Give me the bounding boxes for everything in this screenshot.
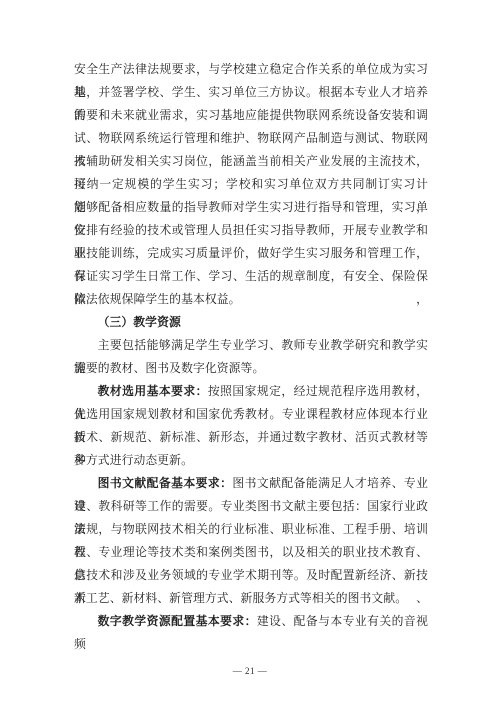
text-line: 新工艺、新材料、新管理方式、新服务方式等相关的图书文献。 xyxy=(74,587,428,610)
text-line-bold: （三）教学资源 xyxy=(98,315,181,329)
text-line: 术辅助研发相关实习岗位，能涵盖当前相关产业发展的主流技术，可 xyxy=(74,150,428,173)
text-line: 需要的教材、图书及数字化资源等。 xyxy=(74,357,428,380)
text-line: 息技术和涉及业务领域的专业学术期刊等。及时配置新经济、新技术、 xyxy=(74,564,428,587)
text-line: 程、专业理论等技术类和案例类图书，以及相关的职业技术教育、信 xyxy=(74,541,428,564)
page-number: — 21 — xyxy=(0,666,500,676)
text-line: 安排有经验的技术或管理人员担任实习指导教师，开展专业教学和职 xyxy=(74,219,428,242)
text-line: 能够配备相应数量的指导教师对学生实习进行指导和管理，实习单位 xyxy=(74,196,428,219)
text-line-text: 新工艺、新材料、新管理方式、新服务方式等相关的图书文献。 xyxy=(74,591,407,605)
text-line: 地，并签署学校、学生、实习单位三方协议。根据本专业人才培养的 xyxy=(74,81,428,104)
text-line-text: 种方式进行动态更新。 xyxy=(74,453,193,467)
text-line: 法规，与物联网技术相关的行业标准、职业标准、工程手册、培训教 xyxy=(74,518,428,541)
text-line: 技术、新规范、新标准、新形态，并通过数字教材、活页式教材等多 xyxy=(74,426,428,449)
text-block: 安全生产法律法规要求，与学校建立稳定合作关系的单位成为实习基 地，并签署学校、学… xyxy=(74,58,428,633)
text-line: 数字教学资源配置基本要求：建设、配备与本专业有关的音视频 xyxy=(74,610,428,633)
text-line: （三）教学资源 xyxy=(74,311,428,334)
text-line: 需要和未来就业需求，实习基地应能提供物联网系统设备安装和调 xyxy=(74,104,428,127)
text-line: 主要包括能够满足学生专业学习、教师专业教学研究和教学实施 xyxy=(74,334,428,357)
text-line: 教材选用基本要求：按照国家规定，经过规范程序选用教材，优 xyxy=(74,380,428,403)
text-line: 图书文献配备基本要求：图书文献配备能满足人才培养、专业建 xyxy=(74,472,428,495)
text-line-text: 需要和未来就业需求，实习基地应能提供物联网系统设备安装和调 xyxy=(74,108,428,122)
text-line: 保证实习学生日常工作、学习、生活的规章制度，有安全、保险保障， xyxy=(74,265,428,288)
text-line: 设、教科研等工作的需要。专业类图书文献主要包括：国家行业政策 xyxy=(74,495,428,518)
document-page: 安全生产法律法规要求，与学校建立稳定合作关系的单位成为实习基 地，并签署学校、学… xyxy=(0,0,500,707)
text-line: 先选用国家规划教材和国家优秀教材。专业课程教材应体现本行业新 xyxy=(74,403,428,426)
text-line-text: 依法依规保障学生的基本权益。 xyxy=(74,292,241,306)
text-line-text: 需要的教材、图书及数字化资源等。 xyxy=(74,361,264,375)
text-line: 试、物联网系统运行管理和维护、物联网产品制造与测试、物联网技 xyxy=(74,127,428,150)
text-line-bold: 数字教学资源配置基本要求： xyxy=(98,614,257,628)
text-line: 接纳一定规模的学生实习；学校和实习单位双方共同制订实习计划， xyxy=(74,173,428,196)
text-line-bold: 图书文献配备基本要求： xyxy=(98,476,233,490)
text-line: 安全生产法律法规要求，与学校建立稳定合作关系的单位成为实习基 xyxy=(74,58,428,81)
text-line: 种方式进行动态更新。 xyxy=(74,449,428,472)
text-line: 业技能训练，完成实习质量评价，做好学生实习服务和管理工作，有 xyxy=(74,242,428,265)
text-line-bold: 教材选用基本要求： xyxy=(98,384,208,398)
